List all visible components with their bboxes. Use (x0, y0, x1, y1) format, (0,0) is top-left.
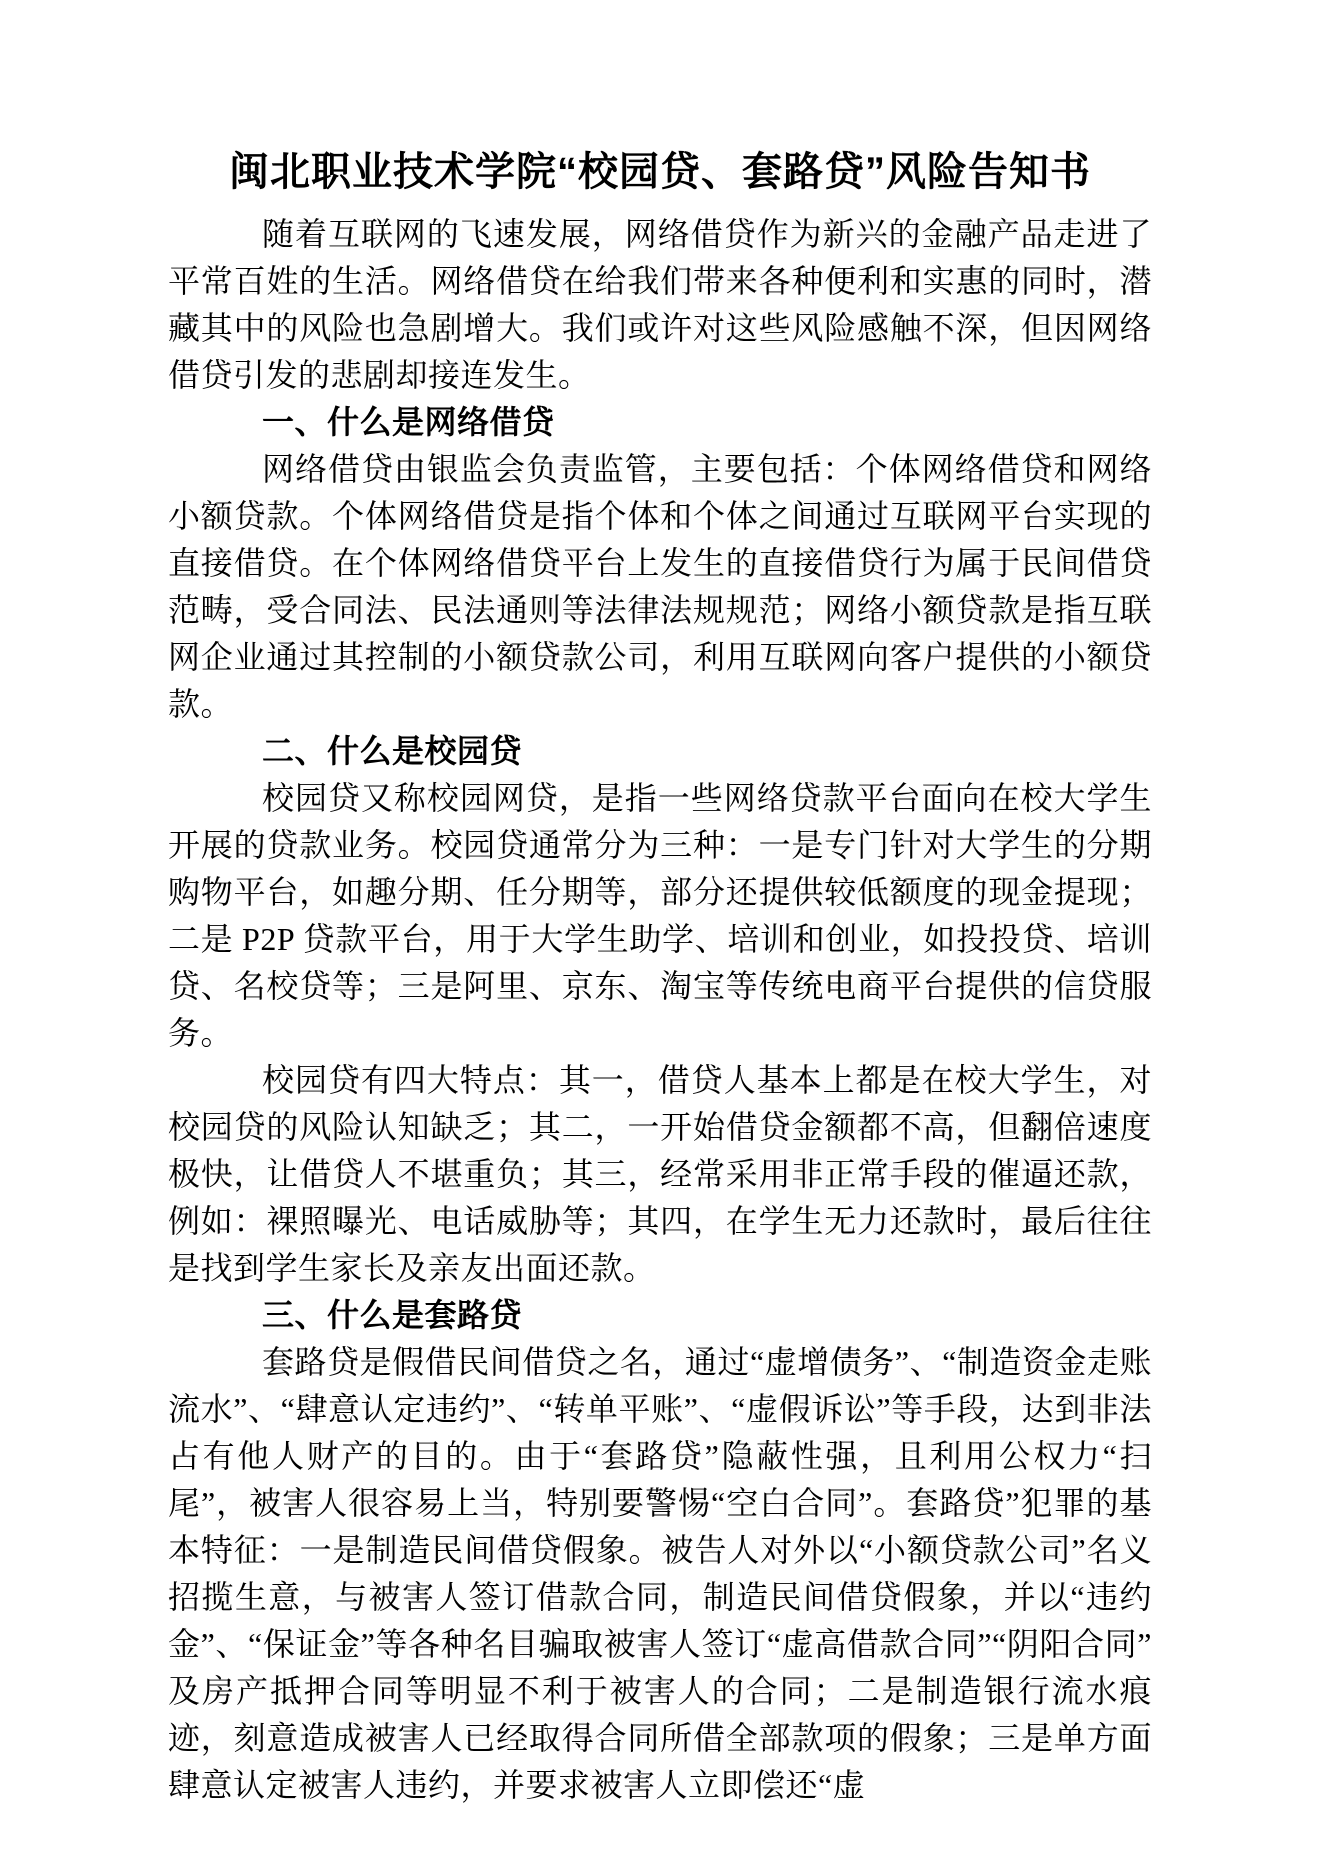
section-2-paragraph-1: 校园贷又称校园网贷，是指一些网络贷款平台面向在校大学生开展的贷款业务。校园贷通常… (168, 775, 1152, 1057)
section-2-heading: 二、什么是校园贷 (168, 728, 1152, 775)
section-1-heading: 一、什么是网络借贷 (168, 399, 1152, 446)
intro-paragraph: 随着互联网的飞速发展，网络借贷作为新兴的金融产品走进了平常百姓的生活。网络借贷在… (168, 211, 1152, 399)
section-2-paragraph-2: 校园贷有四大特点：其一，借贷人基本上都是在校大学生，对校园贷的风险认知缺乏；其二… (168, 1057, 1152, 1292)
document-page: 闽北职业技术学院“校园贷、套路贷”风险告知书 随着互联网的飞速发展，网络借贷作为… (0, 0, 1323, 1871)
section-1-paragraph: 网络借贷由银监会负责监管，主要包括：个体网络借贷和网络小额贷款。个体网络借贷是指… (168, 446, 1152, 728)
section-3-heading: 三、什么是套路贷 (168, 1292, 1152, 1339)
document-title: 闽北职业技术学院“校园贷、套路贷”风险告知书 (168, 146, 1152, 198)
section-3-paragraph: 套路贷是假借民间借贷之名，通过“虚增债务”、“制造资金走账流水”、“肆意认定违约… (168, 1339, 1152, 1809)
